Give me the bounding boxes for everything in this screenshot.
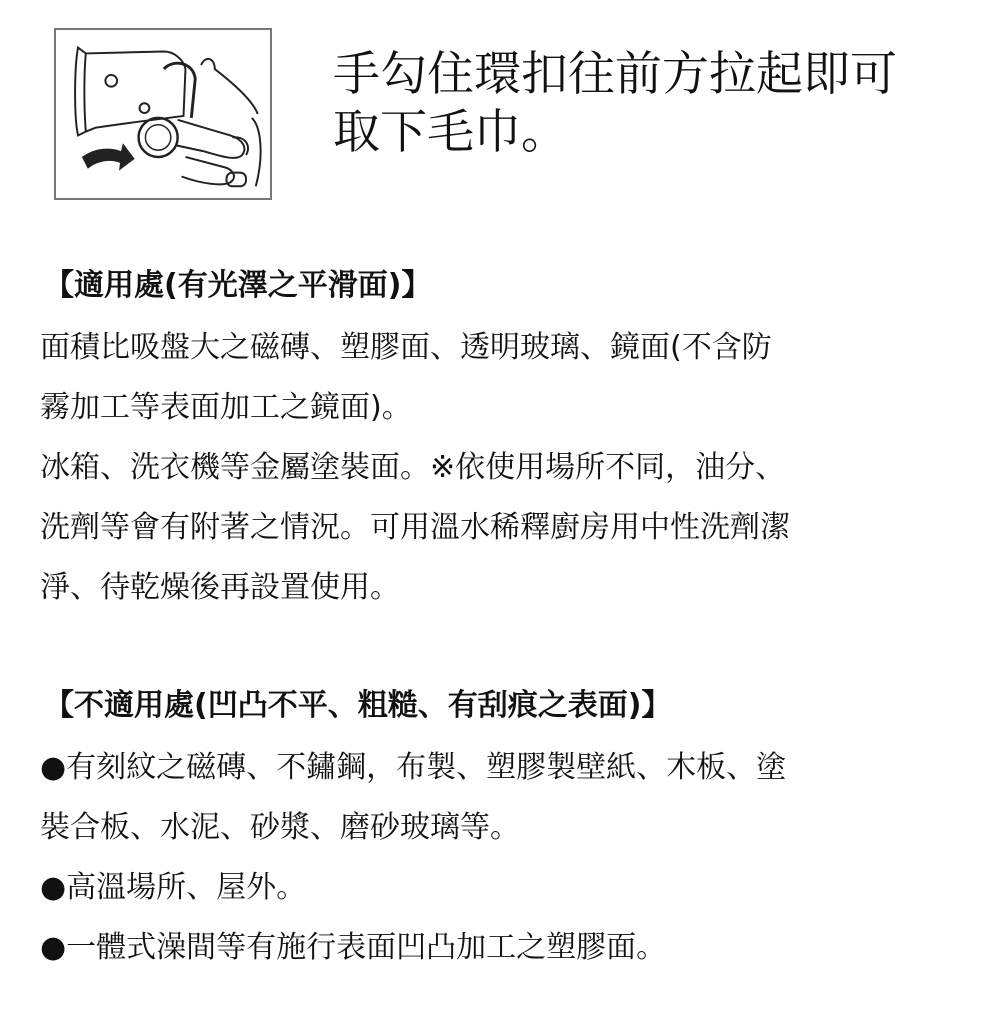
section-heading: 【不適用處(凹凸不平、粗糙、有刮痕之表面)】 bbox=[44, 686, 970, 726]
instruction-illustration bbox=[54, 28, 272, 200]
bullet-item: ●高溫場所、屋外。 bbox=[40, 858, 970, 918]
unsuitable-surfaces-section: 【不適用處(凹凸不平、粗糙、有刮痕之表面)】 ●有刻紋之磁磚、不鏽鋼，布製、塑膠… bbox=[40, 686, 970, 978]
caption-line: 手勾住環扣往前方拉起即可 bbox=[333, 46, 973, 104]
bullet-item: ●有刻紋之磁磚、不鏽鋼，布製、塑膠製壁紙、木板、塗 bbox=[40, 738, 970, 798]
hand-pulling-hook-icon bbox=[56, 30, 270, 198]
text-line: 裝合板、水泥、砂漿、磨砂玻璃等。 bbox=[40, 798, 970, 858]
text-line: 冰箱、洗衣機等金屬塗裝面。※依使用場所不同，油分、 bbox=[40, 438, 970, 498]
instruction-caption: 手勾住環扣往前方拉起即可 取下毛巾。 bbox=[333, 46, 973, 162]
text-line: 霧加工等表面加工之鏡面)。 bbox=[40, 378, 970, 438]
bullet-item: ●一體式澡間等有施行表面凹凸加工之塑膠面。 bbox=[40, 918, 970, 978]
section-heading: 【適用處(有光澤之平滑面)】 bbox=[44, 266, 970, 306]
text-line: 洗劑等會有附著之情況。可用溫水稀釋廚房用中性洗劑潔 bbox=[40, 498, 970, 558]
suitable-surfaces-section: 【適用處(有光澤之平滑面)】 面積比吸盤大之磁磚、塑膠面、透明玻璃、鏡面(不含防… bbox=[40, 266, 970, 618]
text-line: 面積比吸盤大之磁磚、塑膠面、透明玻璃、鏡面(不含防 bbox=[40, 318, 970, 378]
text-line: 淨、待乾燥後再設置使用。 bbox=[40, 558, 970, 618]
caption-line: 取下毛巾。 bbox=[333, 104, 973, 162]
